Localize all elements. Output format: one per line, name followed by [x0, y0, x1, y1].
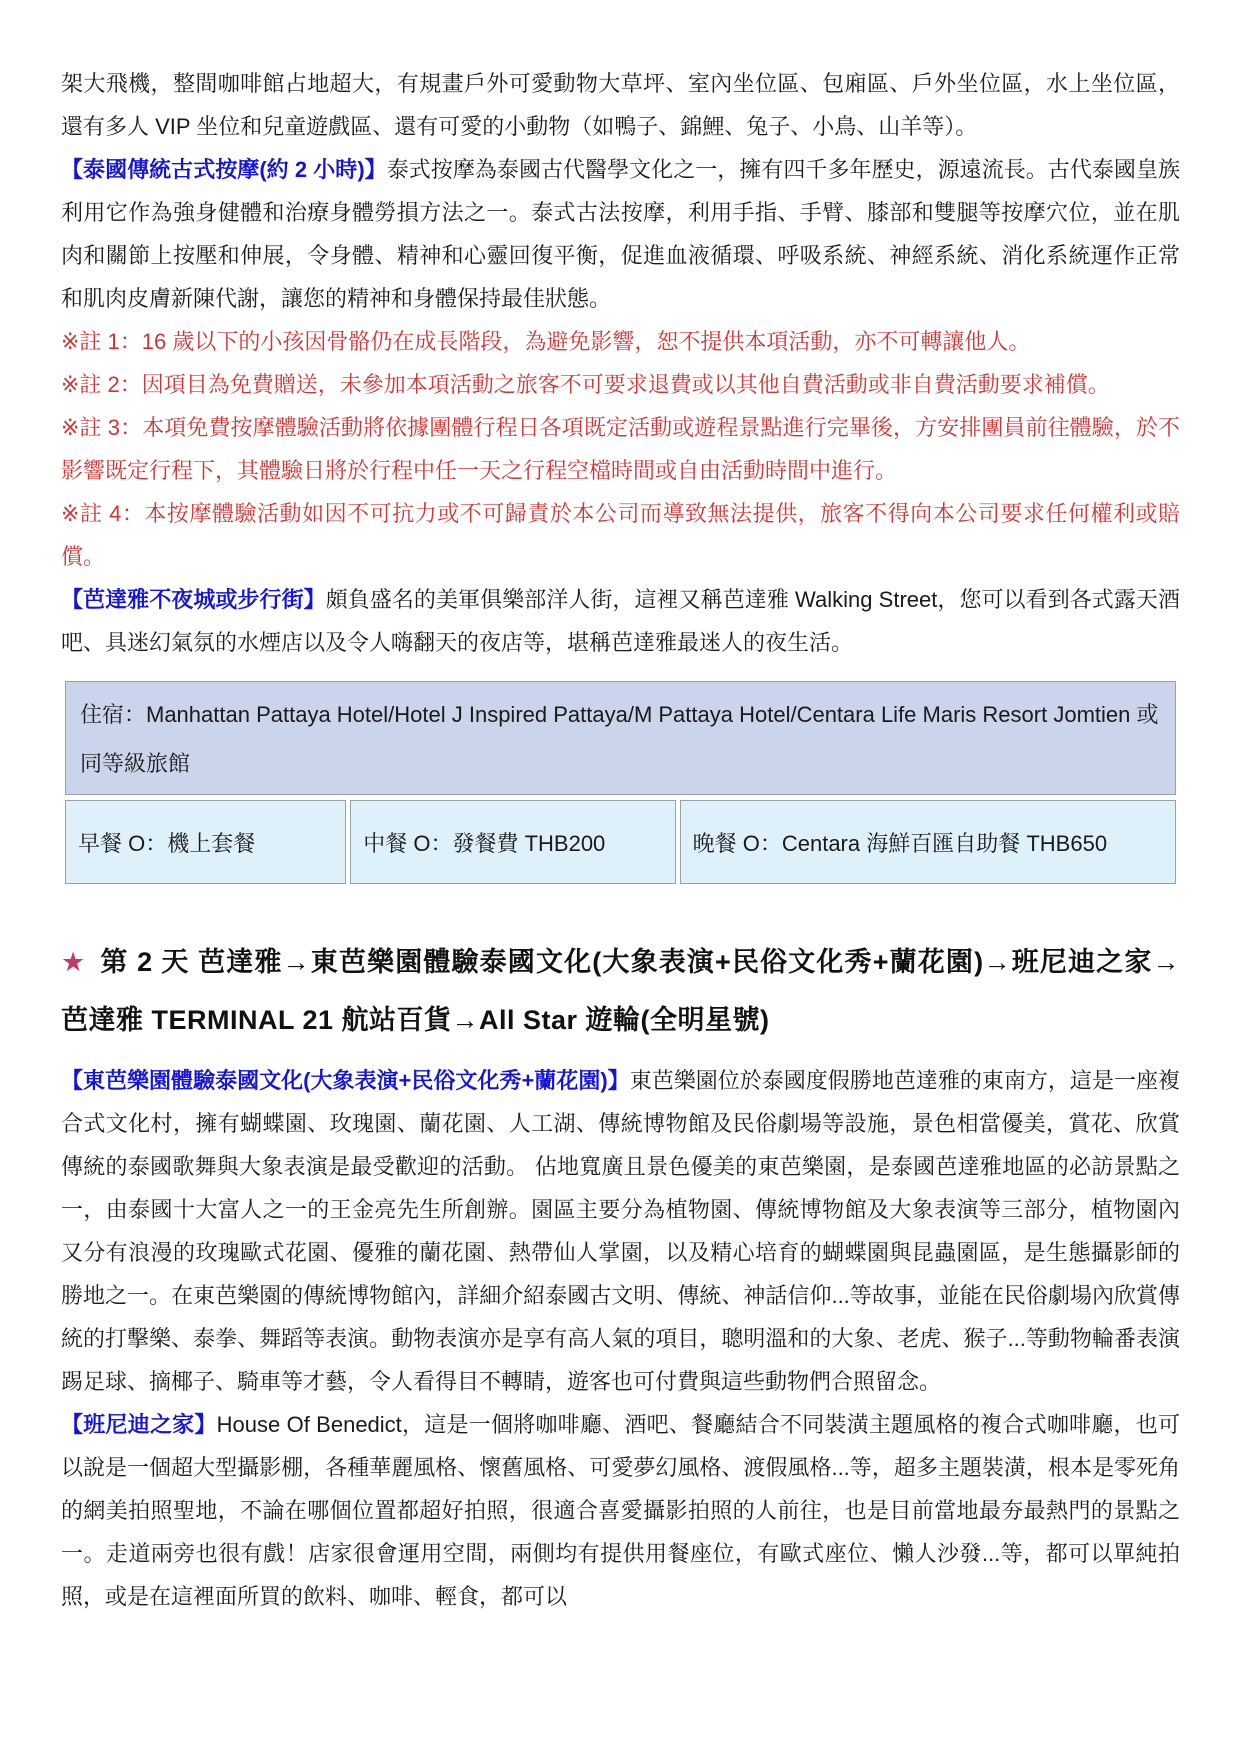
- walking-street-section: 【芭達雅不夜城或步行街】頗負盛名的美軍俱樂部洋人街，這裡又稱芭達雅 Walkin…: [61, 578, 1180, 664]
- walking-street-heading: 【芭達雅不夜城或步行街】: [61, 587, 326, 612]
- lodging-row: 住宿：Manhattan Pattaya Hotel/Hotel J Inspi…: [65, 681, 1176, 795]
- massage-section: 【泰國傳統古式按摩(約 2 小時)】泰式按摩為泰國古代醫學文化之一，擁有四千多年…: [61, 148, 1180, 320]
- nongnooch-text: 東芭樂園位於泰國度假勝地芭達雅的東南方，這是一座複合式文化村，擁有蝴蝶園、玫瑰園…: [61, 1068, 1180, 1394]
- lunch-cell: 中餐 O：發餐費 THB200: [350, 800, 675, 884]
- lodging-meals-table: 住宿：Manhattan Pattaya Hotel/Hotel J Inspi…: [61, 676, 1180, 889]
- day2-title: 第 2 天 芭達雅→東芭樂園體驗泰國文化(大象表演+民俗文化秀+蘭花園)→班尼迪…: [61, 947, 1180, 1035]
- meals-row: 早餐 O：機上套餐 中餐 O：發餐費 THB200 晚餐 O：Centara 海…: [65, 800, 1176, 884]
- intro-paragraph: 架大飛機，整間咖啡館占地超大，有規畫戶外可愛動物大草坪、室內坐位區、包廂區、戶外…: [61, 62, 1180, 148]
- massage-heading: 【泰國傳統古式按摩(約 2 小時)】: [61, 157, 387, 182]
- note-4: ※註 4：本按摩體驗活動如因不可抗力或不可歸責於本公司而導致無法提供，旅客不得向…: [61, 492, 1180, 578]
- note-3: ※註 3：本項免費按摩體驗活動將依據團體行程日各項既定活動或遊程景點進行完畢後，…: [61, 406, 1180, 492]
- itinerary-page: 架大飛機，整間咖啡館占地超大，有規畫戶外可愛動物大草坪、室內坐位區、包廂區、戶外…: [0, 0, 1241, 1755]
- breakfast-cell: 早餐 O：機上套餐: [65, 800, 346, 884]
- nongnooch-heading: 【東芭樂園體驗泰國文化(大象表演+民俗文化秀+蘭花園)】: [61, 1068, 630, 1093]
- note-1: ※註 1：16 歲以下的小孩因骨骼仍在成長階段，為避免影響，恕不提供本項活動，亦…: [61, 320, 1180, 363]
- star-icon: ★: [61, 947, 86, 977]
- benedict-heading: 【班尼迪之家】: [61, 1412, 217, 1437]
- benedict-section: 【班尼迪之家】House Of Benedict，這是一個將咖啡廳、酒吧、餐廳結…: [61, 1403, 1180, 1618]
- dinner-cell: 晚餐 O：Centara 海鮮百匯自助餐 THB650: [680, 800, 1176, 884]
- nongnooch-section: 【東芭樂園體驗泰國文化(大象表演+民俗文化秀+蘭花園)】東芭樂園位於泰國度假勝地…: [61, 1059, 1180, 1403]
- day2-heading: ★第 2 天 芭達雅→東芭樂園體驗泰國文化(大象表演+民俗文化秀+蘭花園)→班尼…: [61, 933, 1180, 1049]
- note-2: ※註 2：因項目為免費贈送，未參加本項活動之旅客不可要求退費或以其他自費活動或非…: [61, 363, 1180, 406]
- benedict-text: House Of Benedict，這是一個將咖啡廳、酒吧、餐廳結合不同裝潢主題…: [61, 1412, 1180, 1609]
- lodging-cell: 住宿：Manhattan Pattaya Hotel/Hotel J Inspi…: [65, 681, 1176, 795]
